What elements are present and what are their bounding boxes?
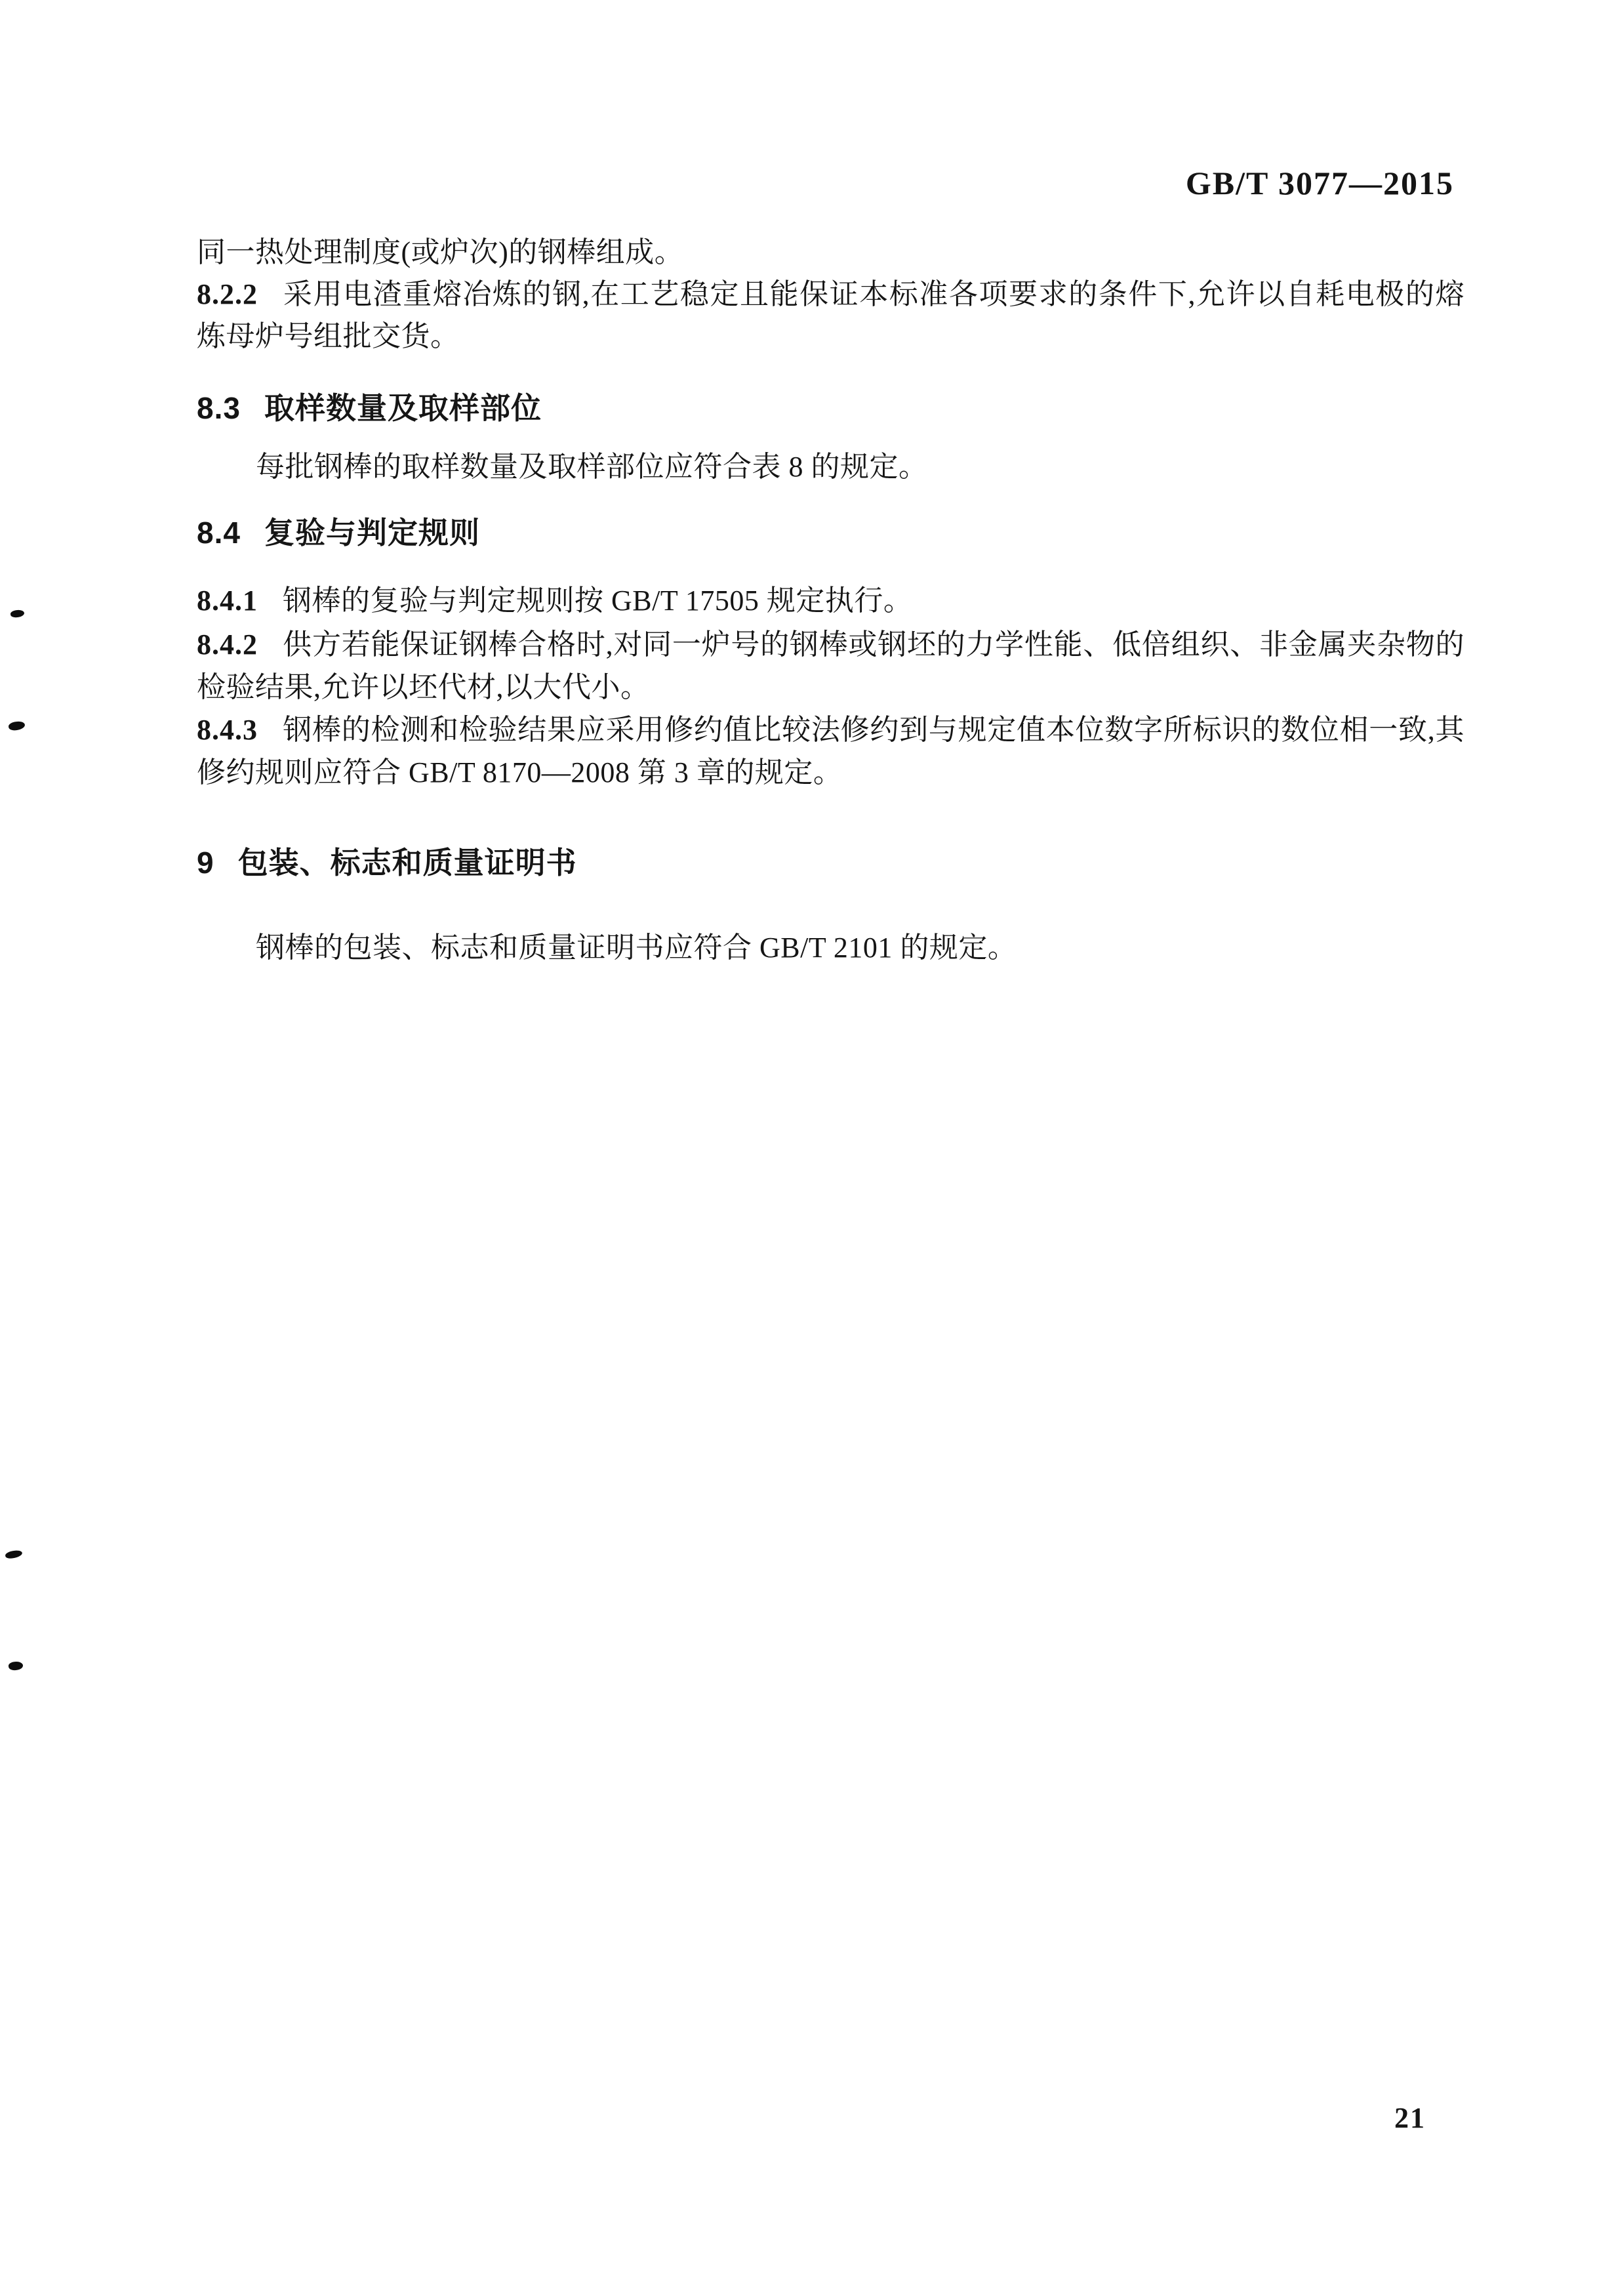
paragraph-continuation: 同一热处理制度(或炉次)的钢棒组成。 [197,232,1465,274]
paragraph-8-4-2: 8.4.2供方若能保证钢棒合格时,对同一炉号的钢棒或钢坯的力学性能、低倍组织、非… [197,623,1465,708]
scan-artifact-dash-3 [5,1549,23,1559]
clause-text-8-4-3: 钢棒的检测和检验结果应采用修约值比较法修约到与规定值本位数字所标识的数位相一致,… [197,714,1465,789]
heading-title-8-3: 取样数量及取样部位 [264,391,542,425]
scan-artifact-dash-4 [8,1661,23,1671]
heading-number-9: 9 [197,846,214,880]
clause-number-8-2-2: 8.2.2 [197,278,258,310]
clause-text-8-4-2: 供方若能保证钢棒合格时,对同一炉号的钢棒或钢坯的力学性能、低倍组织、非金属夹杂物… [197,628,1465,703]
page-number: 21 [1394,2101,1426,2135]
paragraph-8-4-3: 8.4.3钢棒的检测和检验结果应采用修约值比较法修约到与规定值本位数字所标识的数… [197,708,1465,794]
paragraph-8-3: 每批钢棒的取样数量及取样部位应符合表 8 的规定。 [197,446,1465,488]
paragraph-8-2-2: 8.2.2采用电渣重熔冶炼的钢,在工艺稳定且能保证本标准各项要求的条件下,允许以… [197,274,1465,358]
heading-9: 9包装、标志和质量证明书 [197,842,1465,884]
scan-artifact-dash-2 [8,720,26,731]
heading-number-8-4: 8.4 [197,516,241,550]
standard-code-header: GB/T 3077—2015 [1186,164,1454,202]
heading-8-3: 8.3取样数量及取样部位 [197,387,1465,429]
heading-title-9: 包装、标志和质量证明书 [238,846,577,880]
paragraph-9: 钢棒的包装、标志和质量证明书应符合 GB/T 2101 的规定。 [197,927,1465,969]
paragraph-8-4-1: 8.4.1钢棒的复验与判定规则按 GB/T 17505 规定执行。 [197,579,1465,622]
clause-number-8-4-1: 8.4.1 [197,584,258,617]
clause-text-8-2-2: 采用电渣重熔冶炼的钢,在工艺稳定且能保证本标准各项要求的条件下,允许以自耗电极的… [197,278,1465,352]
clause-number-8-4-2: 8.4.2 [197,628,258,661]
heading-number-8-3: 8.3 [197,391,241,425]
heading-title-8-4: 复验与判定规则 [264,516,480,550]
heading-8-4: 8.4复验与判定规则 [197,512,1465,554]
document-page: GB/T 3077—2015 同一热处理制度(或炉次)的钢棒组成。 8.2.2采… [0,0,1616,2296]
clause-text-8-4-1: 钢棒的复验与判定规则按 GB/T 17505 规定执行。 [283,584,912,617]
scan-artifact-dash-1 [10,609,24,619]
clause-number-8-4-3: 8.4.3 [197,714,258,746]
